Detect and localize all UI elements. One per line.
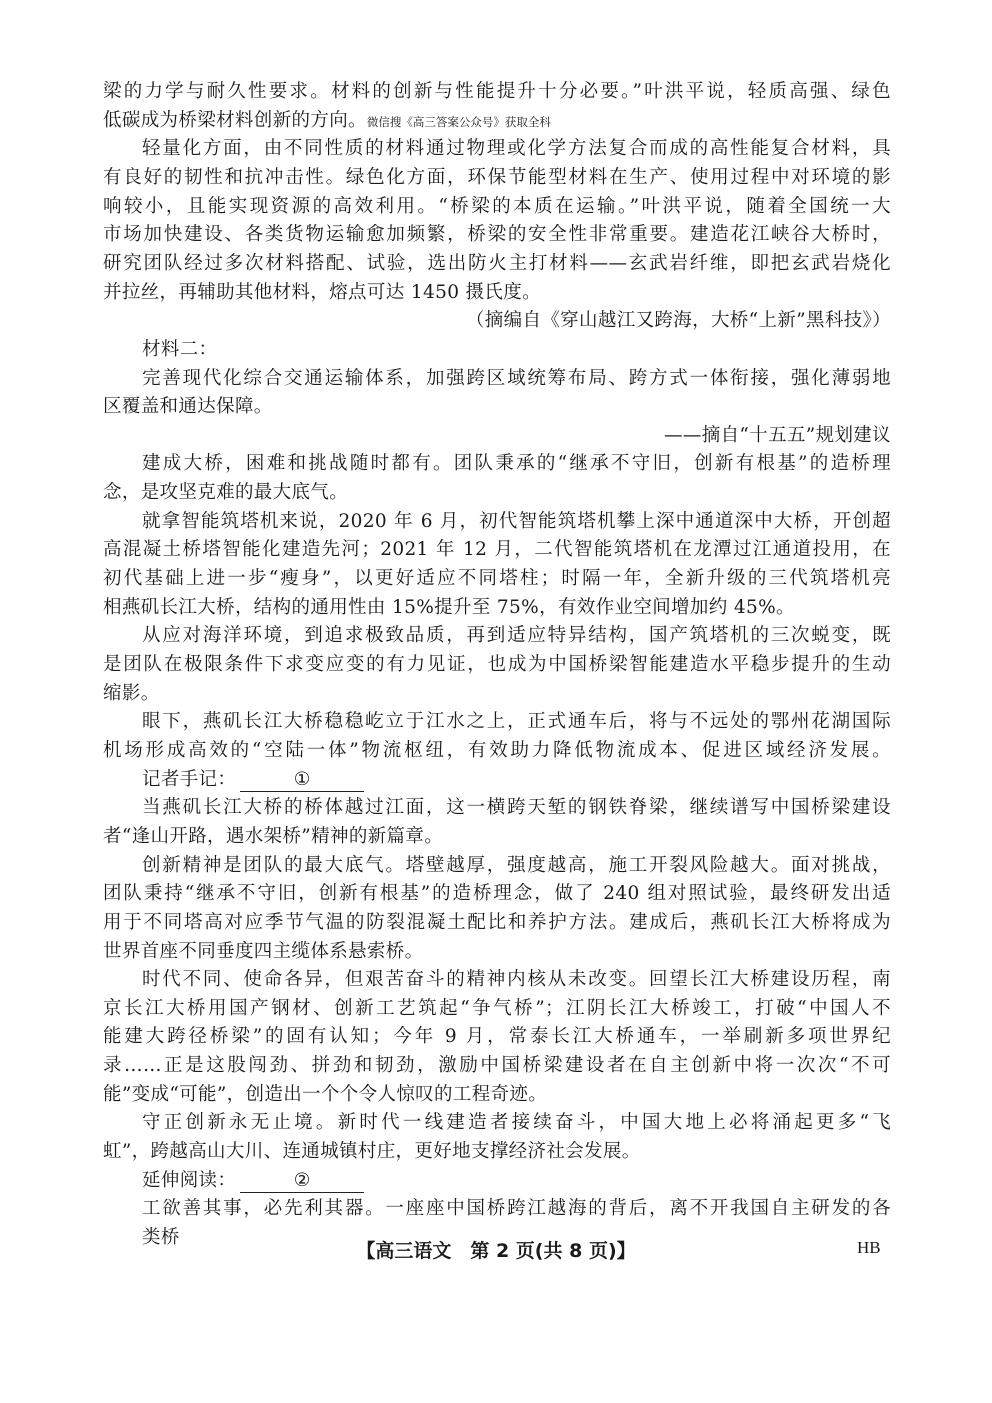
text-line: 初代基础上进一步“瘦身”，以更好适应不同塔柱；时隔一年，全新升级的三代筑塔机亮 [103, 565, 891, 593]
line-text: 响较小，且能实现资源的高效利用。“桥梁的本质在运输。”叶洪平说，随着全国统一大 [103, 196, 891, 217]
line-text: 是团队在极限条件下求变应变的有力见证，也成为中国桥梁智能建造水平稳步提升的生动 [103, 654, 891, 675]
page-footer: 【高三语文 第 2 页(共 8 页)】 [0, 1236, 992, 1263]
text-line: 梁的力学与耐久性要求。材料的创新与性能提升十分必要。”叶洪平说，轻质高强、绿色 [103, 78, 891, 106]
text-line: 时代不同、使命各异，但艰苦奋斗的精神内核从未改变。回望长江大桥建设历程，南 [142, 966, 891, 994]
line-text: 初代基础上进一步“瘦身”，以更好适应不同塔柱；时隔一年，全新升级的三代筑塔机亮 [103, 568, 891, 589]
text-line: 录……正是这股闯劲、拼劲和韧劲，激励中国桥梁建设者在自主创新中将一次次“不可 [103, 1052, 891, 1080]
text-line: 市场加快建设、各类货物运输愈加频繁，桥梁的安全性非常重要。建造花江峡谷大桥时， [103, 221, 891, 249]
line-text: 相燕矶长江大桥，结构的通用性由 15%提升至 75%，有效作业空间增加约 45%… [103, 597, 795, 618]
text-line: 就拿智能筑塔机来说，2020 年 6 月，初代智能筑塔机攀上深中通道深中大桥，开… [142, 508, 891, 536]
line-text: 念，是攻坚克难的最大底气。 [103, 482, 348, 503]
line-text: 延伸阅读： [142, 1170, 236, 1191]
text-line: 团队秉持“继承不守旧，创新有根基”的造桥理念，做了 240 组对照试验，最终研发… [103, 880, 891, 908]
fill-in-blank-line: 记者手记：① [142, 766, 891, 794]
text-line: 是团队在极限条件下求变应变的有力见证，也成为中国桥梁智能建造水平稳步提升的生动 [103, 651, 891, 679]
text-line: 京长江大桥用国产钢材、创新工艺筑起“争气桥”；江阴长江大桥竣工，打破“中国人不 [103, 995, 891, 1023]
text-line: 工欲善其事，必先利其器。一座座中国桥跨江越海的背后，离不开我国自主研发的各 [142, 1195, 891, 1223]
paper-code: HB [857, 1238, 881, 1258]
text-line: 世界首座不同垂度四主缆体系悬索桥。 [103, 938, 891, 966]
line-text: 工欲善其事，必先利其器。一座座中国桥跨江越海的背后，离不开我国自主研发的各 [142, 1198, 891, 1219]
line-text: 记者手记： [142, 769, 236, 790]
line-text: 时代不同、使命各异，但艰苦奋斗的精神内核从未改变。回望长江大桥建设历程，南 [142, 969, 891, 990]
line-text: 创新精神是团队的最大底气。塔壁越厚，强度越高，施工开裂风险越大。面对挑战， [142, 855, 891, 876]
text-line: 守正创新永无止境。新时代一线建造者接续奋斗，中国大地上必将涌起更多“飞 [142, 1109, 891, 1137]
text-line: 缩影。 [103, 680, 891, 708]
line-text: 眼下，燕矶长江大桥稳稳屹立于江水之上，正式通车后，将与不远处的鄂州花湖国际 [142, 711, 891, 732]
line-text: ——摘自“十五五”规划建议 [664, 425, 891, 446]
line-text: 虹”，跨越高山大川、连通城镇村庄，更好地支撑经济社会发展。 [103, 1141, 641, 1162]
text-line: 高混凝土桥塔智能化建造先河；2021 年 12 月，二代智能筑塔机在龙潭过江通道… [103, 536, 891, 564]
line-text: （摘编自《穿山越江又跨海，大桥“上新”黑科技》） [466, 310, 891, 331]
watermark-note: 微信搜《高三答案公众号》获取全科 [367, 115, 551, 129]
exam-page: 梁的力学与耐久性要求。材料的创新与性能提升十分必要。”叶洪平说，轻质高强、绿色低… [0, 0, 992, 1403]
line-text: 能”变成“可能”，创造出一个个令人惊叹的工程奇迹。 [103, 1084, 547, 1105]
answer-blank: ① [240, 769, 364, 792]
text-line: 完善现代化综合交通运输体系，加强跨区域统筹布局、跨方式一体衔接，强化薄弱地 [142, 365, 891, 393]
line-text: 守正创新永无止境。新时代一线建造者接续奋斗，中国大地上必将涌起更多“飞 [142, 1112, 891, 1133]
line-text: 录……正是这股闯劲、拼劲和韧劲，激励中国桥梁建设者在自主创新中将一次次“不可 [103, 1055, 891, 1076]
line-text: 梁的力学与耐久性要求。材料的创新与性能提升十分必要。”叶洪平说，轻质高强、绿色 [103, 81, 891, 102]
line-text: 机场形成高效的“空陆一体”物流枢纽，有效助力降低物流成本、促进区域经济发展。 [103, 740, 891, 761]
text-line: 念，是攻坚克难的最大底气。 [103, 479, 891, 507]
text-line: 材料二： [142, 336, 891, 364]
line-text: 区覆盖和通达保障。 [103, 396, 273, 417]
line-text: 京长江大桥用国产钢材、创新工艺筑起“争气桥”；江阴长江大桥竣工，打破“中国人不 [103, 998, 891, 1019]
text-line: 研究团队经过多次材料搭配、试验，选出防火主打材料——玄武岩纤维，即把玄武岩烧化 [103, 250, 891, 278]
line-text: 完善现代化综合交通运输体系，加强跨区域统筹布局、跨方式一体衔接，强化薄弱地 [142, 368, 891, 389]
text-line: 能”变成“可能”，创造出一个个令人惊叹的工程奇迹。 [103, 1081, 891, 1109]
text-line: 用于不同塔高对应季节气温的防裂混凝土配比和养护方法。建成后，燕矶长江大桥将成为 [103, 909, 891, 937]
line-text: 高混凝土桥塔智能化建造先河；2021 年 12 月，二代智能筑塔机在龙潭过江通道… [103, 539, 891, 560]
text-line: 机场形成高效的“空陆一体”物流枢纽，有效助力降低物流成本、促进区域经济发展。 [103, 737, 891, 765]
text-line: 当燕矶长江大桥的桥体越过江面，这一横跨天堑的钢铁脊梁，继续谱写中国桥梁建设 [142, 794, 891, 822]
fill-in-blank-line: 延伸阅读：② [142, 1167, 891, 1195]
text-line: 从应对海洋环境，到追求极致品质，再到适应特异结构，国产筑塔机的三次蜕变，既 [142, 622, 891, 650]
line-text: 建成大桥，困难和挑战随时都有。团队秉承的“继承不守旧，创新有根基”的造桥理 [142, 453, 891, 474]
line-text: 缩影。 [103, 683, 160, 704]
source-citation: ——摘自“十五五”规划建议 [103, 422, 891, 450]
source-citation: （摘编自《穿山越江又跨海，大桥“上新”黑科技》） [103, 307, 891, 335]
line-text: 并拉丝，再辅助其他材料，熔点可达 1450 摄氏度。 [103, 282, 541, 303]
text-line: 响较小，且能实现资源的高效利用。“桥梁的本质在运输。”叶洪平说，随着全国统一大 [103, 193, 891, 221]
text-line: 轻量化方面，由不同性质的材料通过物理或化学方法复合而成的高性能复合材料，具 [142, 135, 891, 163]
line-text: 者“逢山开路，遇水架桥”精神的新篇章。 [103, 826, 443, 847]
text-line: 能建大跨径桥梁”的固有认知；今年 9 月，常泰长江大桥通车，一举刷新多项世界纪 [103, 1023, 891, 1051]
answer-blank: ② [240, 1170, 364, 1193]
line-text: 团队秉持“继承不守旧，创新有根基”的造桥理念，做了 240 组对照试验，最终研发… [103, 883, 891, 904]
line-text: 市场加快建设、各类货物运输愈加频繁，桥梁的安全性非常重要。建造花江峡谷大桥时， [103, 224, 891, 245]
line-text: 低碳成为桥梁材料创新的方向。 [103, 110, 367, 131]
line-text: 能建大跨径桥梁”的固有认知；今年 9 月，常泰长江大桥通车，一举刷新多项世界纪 [103, 1026, 891, 1047]
line-text: 有良好的韧性和抗冲击性。绿色化方面，环保节能型材料在生产、使用过程中对环境的影 [103, 167, 891, 188]
text-line: 虹”，跨越高山大川、连通城镇村庄，更好地支撑经济社会发展。 [103, 1138, 891, 1166]
text-line: 建成大桥，困难和挑战随时都有。团队秉承的“继承不守旧，创新有根基”的造桥理 [142, 450, 891, 478]
line-text: 从应对海洋环境，到追求极致品质，再到适应特异结构，国产筑塔机的三次蜕变，既 [142, 625, 891, 646]
text-line: 者“逢山开路，遇水架桥”精神的新篇章。 [103, 823, 891, 851]
text-line: 低碳成为桥梁材料创新的方向。微信搜《高三答案公众号》获取全科 [103, 107, 891, 136]
text-line: 区覆盖和通达保障。 [103, 393, 891, 421]
line-text: 轻量化方面，由不同性质的材料通过物理或化学方法复合而成的高性能复合材料，具 [142, 138, 891, 159]
line-text: 世界首座不同垂度四主缆体系悬索桥。 [103, 941, 423, 962]
text-line: 并拉丝，再辅助其他材料，熔点可达 1450 摄氏度。 [103, 279, 891, 307]
text-line: 创新精神是团队的最大底气。塔壁越厚，强度越高，施工开裂风险越大。面对挑战， [142, 852, 891, 880]
line-text: 当燕矶长江大桥的桥体越过江面，这一横跨天堑的钢铁脊梁，继续谱写中国桥梁建设 [142, 797, 891, 818]
line-text: 研究团队经过多次材料搭配、试验，选出防火主打材料——玄武岩纤维，即把玄武岩烧化 [103, 253, 891, 274]
line-text: 用于不同塔高对应季节气温的防裂混凝土配比和养护方法。建成后，燕矶长江大桥将成为 [103, 912, 891, 933]
text-line: 相燕矶长江大桥，结构的通用性由 15%提升至 75%，有效作业空间增加约 45%… [103, 594, 891, 622]
text-line: 有良好的韧性和抗冲击性。绿色化方面，环保节能型材料在生产、使用过程中对环境的影 [103, 164, 891, 192]
line-text: 就拿智能筑塔机来说，2020 年 6 月，初代智能筑塔机攀上深中通道深中大桥，开… [142, 511, 891, 532]
line-text: 材料二： [142, 339, 217, 360]
text-line: 眼下，燕矶长江大桥稳稳屹立于江水之上，正式通车后，将与不远处的鄂州花湖国际 [142, 708, 891, 736]
